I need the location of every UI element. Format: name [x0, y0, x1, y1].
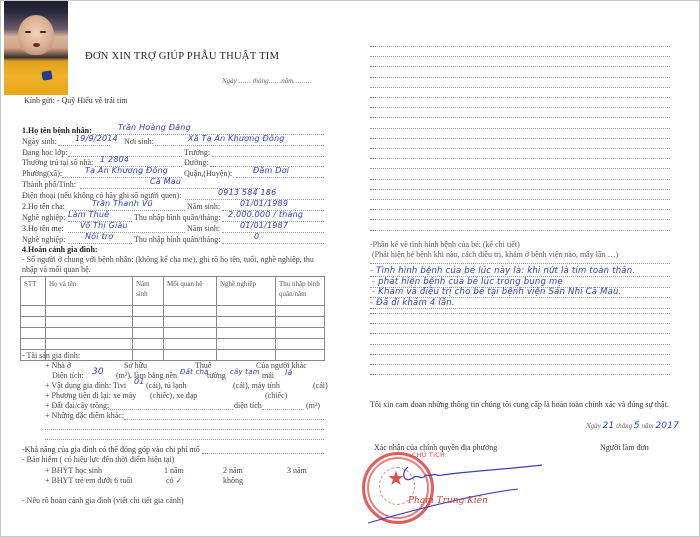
insurance-label: - Bảo hiểm ( có hiệu lực đến thời điểm h… [22, 455, 174, 464]
ward-label: Phường(xã): [22, 169, 62, 178]
city-label: Thành phố/Tỉnh: [22, 180, 76, 189]
table-cell[interactable] [21, 339, 46, 350]
table-header: Năm sinh [133, 277, 164, 306]
table-header: Họ và tên [46, 277, 133, 306]
tv-unit: (cái), tủ lạnh [146, 381, 187, 390]
table-row [21, 317, 325, 328]
illness-line: - phát hiện bệnh của bé lúc trong bụng m… [372, 277, 563, 287]
shirt-logo-icon [41, 70, 52, 80]
table-cell[interactable] [217, 317, 276, 328]
date-prefix: Ngày [586, 422, 601, 430]
birthplace-value: Xã Tạ An Khương Đông [188, 134, 285, 143]
table-cell[interactable] [217, 350, 276, 361]
wall-label: tường [207, 371, 226, 380]
father-job-label: Nghề nghiệp: [22, 213, 65, 222]
writing-line [370, 354, 670, 355]
writing-line [370, 374, 670, 375]
table-cell[interactable] [164, 350, 217, 361]
date-year: 2017 [655, 421, 679, 431]
mother-name-label: 3.Họ tên mẹ: [22, 224, 64, 233]
writing-line [370, 189, 670, 190]
illness-subheading: (Phát hiện bé bệnh khi nào, cách điều tr… [372, 250, 618, 259]
table-cell[interactable] [217, 306, 276, 317]
writing-line [370, 323, 670, 324]
writing-line [370, 148, 670, 149]
option-yes-label: có [166, 476, 174, 485]
assets-heading: - Tài sản gia đình: [22, 351, 80, 360]
option-no[interactable]: không [223, 476, 243, 485]
photo-eye [25, 31, 31, 33]
mother-yob-value: 01/01/1987 [240, 221, 288, 230]
photo-face [18, 15, 54, 55]
area-unit: (m²), làm bằng nền [116, 371, 177, 380]
table-cell[interactable] [276, 317, 325, 328]
date-day: 21 [603, 421, 615, 431]
family-members-table: STTHọ và tênNăm sinhMối quan hệNghề nghi… [20, 276, 325, 361]
table-cell[interactable] [164, 339, 217, 350]
writing-line [370, 179, 670, 180]
applicant-label: Người làm đơn [600, 443, 649, 452]
street-label: Đường: [184, 158, 209, 167]
addressee: Kính gửi: - Quỹ Hiểu về trái tim [24, 96, 128, 105]
writing-line [370, 66, 670, 67]
signing-date: Ngày 21 tháng 5 năm 2017 [586, 421, 679, 431]
table-row [21, 339, 325, 350]
district-label: Quận,(Huyện): [184, 169, 232, 178]
table-cell[interactable] [46, 306, 133, 317]
family-heading: 4.Hoàn cảnh gia đình: [22, 245, 98, 254]
date-month: 5 [634, 421, 640, 431]
writing-line [370, 56, 670, 57]
land-label: + Đất đai/cây trồng: [45, 401, 109, 410]
table-cell[interactable] [133, 306, 164, 317]
table-cell[interactable] [276, 339, 325, 350]
transport-label: + Phương tiện đi lại: xe máy [45, 391, 136, 400]
ward-value: Tạ An Khương Đông [85, 166, 168, 175]
writing-line [370, 87, 670, 88]
table-row [21, 306, 325, 317]
declaration-text: Tôi xin cam đoan những thông tin chúng t… [370, 400, 669, 409]
contribution-label: -Khả năng của gia đình có thể đóng góp v… [22, 445, 200, 454]
district-value: Đầm Dơi [253, 166, 289, 175]
other-features-label: + Những đặc điểm khác: [45, 411, 124, 420]
moto-unit: (chiếc), xe đạp [150, 391, 197, 400]
mother-income-value: 0 [254, 232, 259, 241]
table-header: Mối quan hệ [164, 277, 217, 306]
table-cell[interactable] [133, 339, 164, 350]
cohabitants-note-1: - Số người ở chung với bệnh nhân: (không… [22, 255, 314, 264]
house-label: Thường trú tại số nhà: [22, 158, 93, 167]
table-cell[interactable] [217, 328, 276, 339]
bhyt-child-label: + BHYT trẻ em dưới 6 tuổi [45, 476, 133, 485]
dob-value: 19/9/2014 [75, 134, 118, 143]
authority-label: Xác nhận của chính quyền địa phương [374, 443, 497, 452]
phone-value: 0913 584 186 [218, 188, 276, 197]
table-header: STT [21, 277, 46, 306]
house-type-label: + Nhà ở [45, 361, 71, 370]
father-yob-label: Năm sinh: [187, 202, 220, 211]
table-row [21, 328, 325, 339]
table-cell[interactable] [133, 350, 164, 361]
table-header: Thu nhập bình quân/năm [276, 277, 325, 306]
mother-income-label: Thu nhập bình quân/tháng: [134, 235, 220, 244]
mother-job-value: Nội trợ [85, 232, 113, 241]
area-label: Diện tích: [52, 371, 84, 380]
floor-value: Đất cha [180, 368, 209, 376]
option-1-year[interactable]: 1 năm [164, 466, 184, 475]
document-title: ĐƠN XIN TRỢ GIÚP PHẪU THUẬT TIM [85, 51, 279, 62]
area-value: 30 [92, 367, 104, 377]
father-job-value: Làm Thuê [68, 210, 109, 219]
table-header: Nghề nghiệp [217, 277, 276, 306]
writing-line [370, 308, 670, 309]
table-cell[interactable] [276, 328, 325, 339]
tv-value: 01 [134, 377, 145, 386]
computer-unit: (cái) [313, 381, 328, 390]
illness-heading: -Phần kể về tình hình bệnh của bé: (kể c… [370, 240, 520, 249]
table-cell[interactable] [46, 339, 133, 350]
authority-signature [360, 455, 560, 535]
roof-value: lá [285, 368, 293, 377]
table-cell[interactable] [276, 306, 325, 317]
father-name-label: 2.Họ tên cha: [22, 202, 65, 211]
other-owner-option: Của người khác [256, 361, 307, 370]
writing-line [370, 219, 670, 220]
writing-line [370, 168, 670, 169]
table-cell[interactable] [217, 339, 276, 350]
photo-eye [40, 31, 46, 33]
land-area-label: diện tích [234, 401, 262, 410]
writing-line [370, 158, 670, 159]
father-yob-value: 01/01/1989 [240, 199, 288, 208]
stamp-name: Phạm Trung Kiên [408, 496, 488, 506]
school-label: Trường: [184, 148, 210, 157]
illness-line: - Tình hình bệnh của bé lúc này là: khi … [370, 266, 635, 276]
writing-line [370, 209, 670, 210]
writing-line [370, 230, 670, 231]
father-income-value: 2.000.000 / tháng [228, 210, 303, 219]
table-cell[interactable] [133, 317, 164, 328]
household-label: + Vật dụng gia đình: Tivi [45, 381, 126, 390]
photo-mouth [33, 43, 40, 47]
circumstance-label: - Nêu rõ hoàn cảnh gia đình (viết chi ti… [22, 496, 184, 505]
illness-line: - Khám và điều trị cho bé tại bệnh viện … [372, 287, 622, 297]
writing-line [370, 138, 670, 139]
table-cell[interactable] [46, 328, 133, 339]
bike-unit: (chiếc) [265, 391, 287, 400]
writing-line [370, 199, 670, 200]
option-3-years[interactable]: 3 năm [287, 466, 307, 475]
date-year-label: năm [642, 422, 654, 430]
writing-line [370, 364, 670, 365]
wall-value: cây tạm [230, 368, 260, 376]
city-value: Cà Mau [150, 177, 181, 186]
birthplace-label: Nơi sinh: [124, 137, 154, 146]
illness-line: - Đã đi khám 4 lần. [370, 298, 455, 308]
patient-photo [4, 1, 68, 95]
writing-line [370, 313, 670, 314]
writing-line [370, 117, 670, 118]
table-cell[interactable] [164, 328, 217, 339]
father-income-label: Thu nhập bình quân/tháng: [134, 213, 220, 222]
father-name-value: Trần Thanh Vũ [92, 199, 153, 208]
writing-line [370, 77, 670, 78]
check-icon: ✓ [176, 476, 183, 485]
table-cell[interactable] [46, 317, 133, 328]
table-cell[interactable] [133, 328, 164, 339]
table-cell[interactable] [276, 350, 325, 361]
patient-name-value: Trần Hoàng Đăng [118, 123, 191, 132]
writing-line [370, 128, 670, 129]
table-cell[interactable] [21, 328, 46, 339]
dob-label: Ngày sinh: [22, 137, 57, 146]
option-2-years[interactable]: 2 năm [223, 466, 243, 475]
writing-line [370, 333, 670, 334]
table-cell[interactable] [21, 306, 46, 317]
own-option: Sở hữu [124, 361, 147, 370]
writing-line [370, 97, 670, 98]
roof-label: mái [262, 371, 274, 380]
grade-label: Đang học lớp: [22, 148, 68, 157]
table-cell[interactable] [164, 317, 217, 328]
writing-line [370, 344, 670, 345]
writing-line [370, 46, 670, 47]
fridge-unit: (cái), máy tính [233, 381, 280, 390]
land-unit: (m²) [306, 401, 320, 410]
mother-job-label: Nghề nghiệp: [22, 235, 65, 244]
mother-yob-label: Năm sinh: [187, 224, 220, 233]
writing-line [370, 107, 670, 108]
option-yes[interactable]: có ✓ [166, 476, 182, 485]
table-cell[interactable] [21, 317, 46, 328]
table-cell[interactable] [164, 306, 217, 317]
bhyt-student-label: + BHYT học sinh [45, 466, 102, 475]
house-value: 1 2804 [100, 155, 129, 164]
cohabitants-note-2: nhập và mối quan hệ. [22, 265, 91, 274]
date-month-label: tháng [616, 422, 632, 430]
mother-name-value: Võ Thị Giàu [80, 221, 128, 230]
date-placeholder: Ngày …… tháng……năm……… [222, 77, 312, 85]
